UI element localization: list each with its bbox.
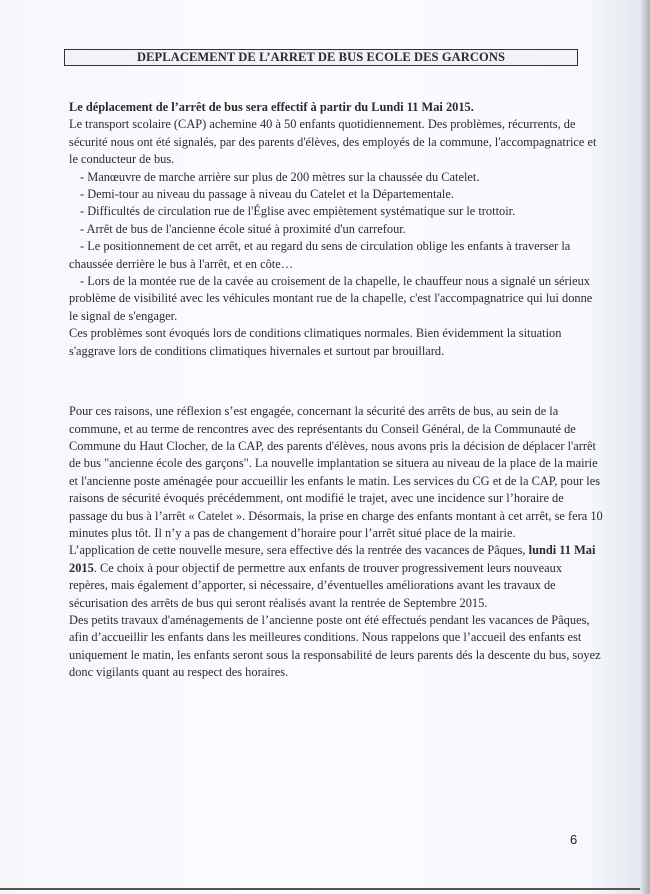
problem-item: - Manœuvre de marche arrière sur plus de… [69,169,604,186]
spacer [69,360,604,403]
scanned-page: DEPLACEMENT DE L’ARRET DE BUS ECOLE DES … [0,0,650,894]
document-title: DEPLACEMENT DE L’ARRET DE BUS ECOLE DES … [64,49,578,66]
application-text-end: . Ce choix à pour objectif de permettre … [69,561,562,610]
document-body: Le déplacement de l’arrêt de bus sera ef… [69,99,604,682]
problem-item: - Lors de la montée rue de la cavée au c… [69,273,604,325]
problem-item: - Le positionnement de cet arrêt, et au … [69,238,604,273]
paragraph-conditions: Ces problèmes sont évoqués lors de condi… [69,325,604,360]
page-edge-shadow [640,0,650,894]
page-bottom-edge [0,888,640,890]
problem-item: - Arrêt de bus de l'ancienne école situé… [69,221,604,238]
paragraph-decision: Pour ces raisons, une réflexion s’est en… [69,403,604,542]
problem-item: - Difficultés de circulation rue de l'Ég… [69,203,604,220]
problem-item: - Demi-tour au niveau du passage à nivea… [69,186,604,203]
page-number: 6 [570,832,577,847]
paragraph-application: L’application de cette nouvelle mesure, … [69,542,604,612]
paragraph-works: Des petits travaux d'aménagements de l’a… [69,612,604,682]
paragraph-context: Le transport scolaire (CAP) achemine 40 … [69,116,604,168]
application-text: L’application de cette nouvelle mesure, … [69,543,526,557]
intro-statement: Le déplacement de l’arrêt de bus sera ef… [69,99,604,116]
